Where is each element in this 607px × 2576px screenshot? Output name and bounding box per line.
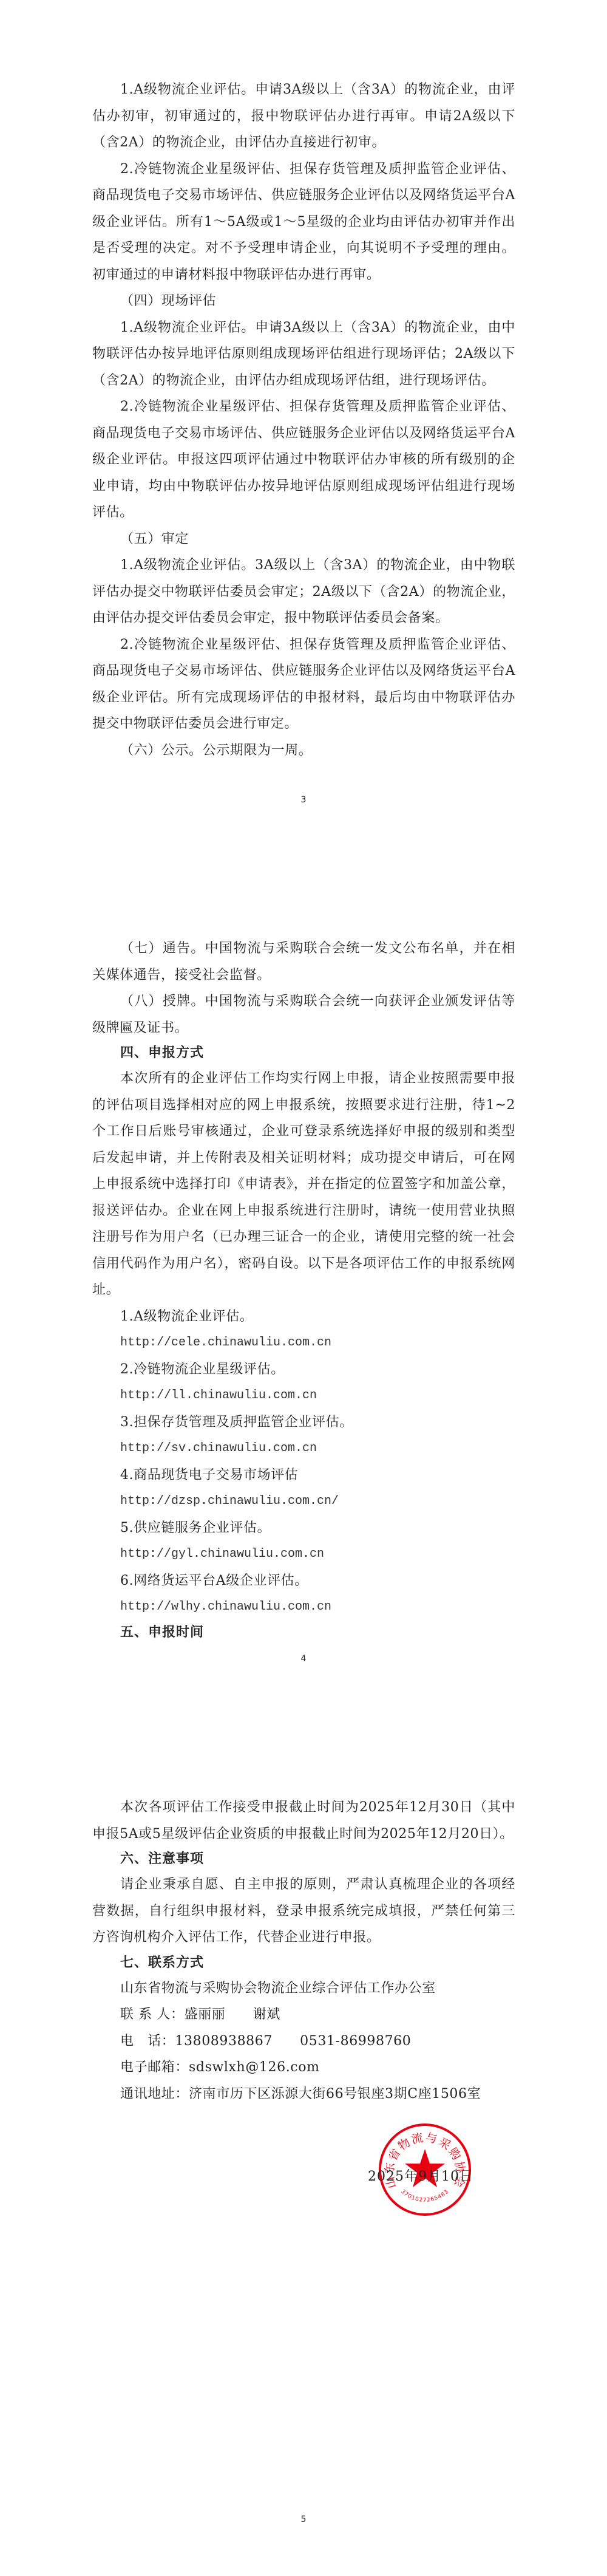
paragraph: 请企业秉承自愿、自主申报的原则，严肃认真梳理企业的各项经营数据，自行组织申报材料…: [92, 1871, 515, 1951]
paragraph: 2.冷链物流企业星级评估、担保存货管理及质押监管企业评估、商品现货电子交易市场评…: [92, 394, 515, 526]
page-4-body: （七）通告。中国物流与采购联合会统一发文公布名单，并在相关媒体通告，接受社会监督…: [92, 935, 515, 1645]
page-3-body: 1.A级物流企业评估。申请3A级以上（含3A）的物流企业，由评估办初审，初审通过…: [92, 77, 515, 764]
system-url-link[interactable]: http://ll.chinawuliu.com.cn: [92, 1382, 515, 1409]
contact-info: 山东省物流与采购协会物流企业综合评估工作办公室 联 系 人：盛丽丽 谢斌 电 话…: [92, 1975, 515, 2108]
section-heading: 四、申报方式: [92, 1041, 515, 1065]
paragraph: 本次各项评估工作接受申报截止时间为2025年12月30日（其中申报5A或5星级评…: [92, 1794, 515, 1847]
paragraph: （七）通告。中国物流与采购联合会统一发文公布名单，并在相关媒体通告，接受社会监督…: [92, 935, 515, 988]
contact-office: 山东省物流与采购协会物流企业综合评估工作办公室: [92, 1975, 515, 2002]
document-page-3: 1.A级物流企业评估。申请3A级以上（含3A）的物流企业，由评估办初审，初审通过…: [0, 0, 607, 859]
system-url-link[interactable]: http://wlhy.chinawuliu.com.cn: [92, 1594, 515, 1621]
system-url-link[interactable]: http://sv.chinawuliu.com.cn: [92, 1435, 515, 1462]
subsection-title: （四）现场评估: [92, 288, 515, 315]
list-item: 2.冷链物流企业星级评估。: [92, 1356, 515, 1383]
system-url-link[interactable]: http://cele.chinawuliu.com.cn: [92, 1330, 515, 1356]
page-number: 4: [0, 1654, 607, 1664]
list-item: 1.A级物流企业评估。: [92, 1303, 515, 1330]
page-5-body: 本次各项评估工作接受申报截止时间为2025年12月30日（其中申报5A或5星级评…: [92, 1794, 515, 2107]
list-item: 6.网络货运平台A级企业评估。: [92, 1568, 515, 1594]
contact-email: 电子邮箱：sdswlxh@126.com: [92, 2054, 515, 2081]
paragraph: 2.冷链物流企业星级评估、担保存货管理及质押监管企业评估、商品现货电子交易市场评…: [92, 632, 515, 737]
document-page-5: 本次各项评估工作接受申报截止时间为2025年12月30日（其中申报5A或5星级评…: [0, 1718, 607, 2576]
signature-date: 2025年9月10日: [368, 2166, 473, 2185]
paragraph: 1.A级物流企业评估。3A级以上（含3A）的物流企业，由中物联评估办提交中物联评…: [92, 552, 515, 632]
paragraph: 本次所有的企业评估工作均实行网上申报，请企业按照需要申报的评估项目选择相对应的网…: [92, 1065, 515, 1303]
section-heading: 五、申报时间: [92, 1621, 515, 1645]
section-heading: 六、注意事项: [92, 1847, 515, 1871]
paragraph: 1.A级物流企业评估。申请3A级以上（含3A）的物流企业，由评估办初审，初审通过…: [92, 77, 515, 156]
page-number: 3: [0, 795, 607, 805]
section-heading: 七、联系方式: [92, 1951, 515, 1975]
paragraph: 1.A级物流企业评估。申请3A级以上（含3A）的物流企业，由中物联评估办按异地评…: [92, 315, 515, 394]
system-url-link[interactable]: http://gyl.chinawuliu.com.cn: [92, 1541, 515, 1568]
email-link[interactable]: sdswlxh@126.com: [189, 2060, 320, 2075]
paragraph: （八）授牌。中国物流与采购联合会统一向获评企业颁发评估等级牌匾及证书。: [92, 988, 515, 1041]
subsection-title: （六）公示。公示期限为一周。: [92, 737, 515, 764]
svg-text:3701027265483: 3701027265483: [399, 2188, 450, 2204]
document-page-4: （七）通告。中国物流与采购联合会统一发文公布名单，并在相关媒体通告，接受社会监督…: [0, 859, 607, 1718]
list-item: 5.供应链服务企业评估。: [92, 1515, 515, 1542]
contact-persons: 联 系 人：盛丽丽 谢斌: [92, 2001, 515, 2028]
contact-address: 通讯地址：济南市历下区泺源大街66号银座3期C座1506室: [92, 2081, 515, 2108]
paragraph: 2.冷链物流企业星级评估、担保存货管理及质押监管企业评估、商品现货电子交易市场评…: [92, 156, 515, 289]
subsection-title: （五）审定: [92, 526, 515, 553]
list-item: 3.担保存货管理及质押监管企业评估。: [92, 1409, 515, 1436]
page-number: 5: [0, 2515, 607, 2524]
contact-phone: 电 话：13808938867 0531-86998760: [92, 2028, 515, 2055]
system-url-link[interactable]: http://dzsp.chinawuliu.com.cn/: [92, 1488, 515, 1515]
list-item: 4.商品现货电子交易市场评估: [92, 1462, 515, 1489]
